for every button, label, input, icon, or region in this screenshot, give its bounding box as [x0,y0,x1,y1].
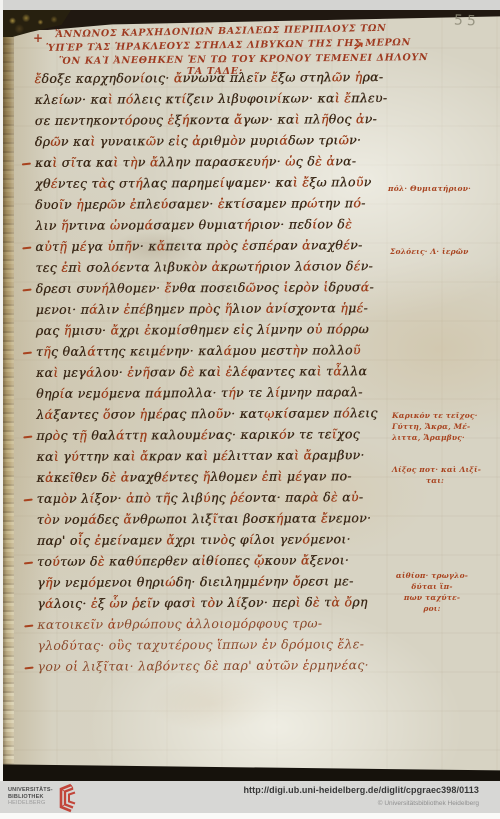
manuscript-line: γῆν νεμόμενοι θηριώδη· διειλημμένην ὄρεσ… [37,573,395,596]
manuscript-line-text: χθέντες τὰς στήλας παρημείψαμεν· καὶ ἔξω… [35,174,372,191]
manuscript-line: ρας ἥμισυ· ἄχρι ἐκομίσθημεν εἰς λίμνην ο… [36,321,394,344]
manuscript-line: ταμὸν λίξον· ἀπὸ τῆς λιβύης ῥέοντα· παρὰ… [37,489,395,512]
manuscript-line: κατοικεῖν ἀνθρώπους ἀλλοιομόρφους τρω- [37,615,395,638]
manuscript-line: λάξαντες ὅσον ἡμέρας πλοῦν· κατῳκίσαμεν … [36,405,394,428]
manuscript-line-text: καὶ γύττην καὶ ἄκραν καὶ μέλιτταν καὶ ἄρ… [36,447,364,464]
manuscript-line-text: τούτων δὲ καθύπερθεν αἰθίοπες ᾤκουν ἄξεν… [37,552,349,569]
manuscript-line-text: γλοδύτας· οὓς ταχυτέρους ἵππων ἐν δρόμοι… [37,636,364,653]
manuscript-line: πρὸς τῇ θαλάττῃ καλουμένας· καρικόν τε τ… [36,426,394,449]
margin-note-4: Λίξος ποτ· καὶ Λιξῖ- ται: [392,464,478,486]
manuscript-line: δρεσι συνήλθομεν· ἔνθα ποσειδῶνος ἱερὸν … [36,279,394,302]
manuscript-line-text: τῆς θαλάττης κειμένην· καλάμου μεστὴν πο… [36,342,361,359]
manuscript-line-text: λιν ἥντινα ὠνομάσαμεν θυμιατήριον· πεδίο… [35,216,352,233]
manuscript-line-text: δρεσι συνήλθομεν· ἔνθα ποσειδῶνος ἱερὸν … [36,279,374,296]
manuscript-line-text: ἔδοξε καρχηδονίοις· ἄννωνα πλεῖν ἔξω στη… [34,69,383,86]
manuscript-line-text: καὶ μεγάλου· ἐνῆσαν δὲ καὶ ἐλέφαντες καὶ… [36,363,367,380]
annotation-arrow-icon: ↗ [352,37,365,54]
rubric-cross-icon: + [33,31,43,45]
manuscript-line: τῆς θαλάττης κειμένην· καλάμου μεστὴν πο… [36,342,394,365]
manuscript-line-text: λάξαντες ὅσον ἡμέρας πλοῦν· κατῳκίσαμεν … [36,405,377,422]
manuscript-viewer-page: 55 + ἌΝΝΩΝΟΣ ΚΑΡΧΗΔΟΝΙΩΝ ΒΑΣΙΛΕΩΣ ΠΕΡΙΠΛ… [0,0,500,819]
manuscript-line: τὸν νομάδες ἄνθρωποι λιξῖται βοσκήματα ἔ… [37,510,395,533]
manuscript-line: γάλοις· ἐξ ὧν ῥεῖν φασὶ τὸν λίξον· περὶ … [37,594,395,617]
manuscript-line: λιν ἥντινα ὠνομάσαμεν θυμιατήριον· πεδίο… [35,216,393,239]
manuscript-line-text: αὐτῇ μέγα ὑπῆν· κἄπειτα πρὸς ἑσπέραν ἀνα… [35,237,362,254]
folio-number: 55 [454,12,481,29]
manuscript-line-text: σε πεντηκοντόρους ἑξήκοντα ἄγων· καὶ πλῆ… [35,111,377,128]
manuscript-line: δυοῖν ἡμερῶν ἐπλεύσαμεν· ἐκτίσαμεν πρώτη… [35,195,393,218]
manuscript-line-text: γῆν νεμόμενοι θηριώδη· διειλημμένην ὄρεσ… [37,573,354,590]
manuscript-line-text: τὸν νομάδες ἄνθρωποι λιξῖται βοσκήματα ἔ… [37,510,372,527]
viewer-footer: UNIVERSITÄTS- BIBLIOTHEK HEIDELBERG http… [0,781,500,813]
manuscript-text-block: ἔδοξε καρχηδονίοις· ἄννωνα πλεῖν ἔξω στη… [34,69,395,680]
library-name-line-1: UNIVERSITÄTS- [8,787,53,794]
manuscript-line: μενοι· πάλιν ἐπέβημεν πρὸς ἥλιον ἀνίσχον… [36,300,394,323]
manuscript-line: αὐτῇ μέγα ὑπῆν· κἄπειτα πρὸς ἑσπέραν ἀνα… [35,237,393,260]
manuscript-line-text: ταμὸν λίξον· ἀπὸ τῆς λιβύης ῥέοντα· παρὰ… [37,489,364,506]
manuscript-line: τούτων δὲ καθύπερθεν αἰθίοπες ᾤκουν ἄξεν… [37,552,395,575]
margin-note-1: πόλ· Θυμιατήριον· [388,183,483,194]
manuscript-line-text: ρας ἥμισυ· ἄχρι ἐκομίσθημεν εἰς λίμνην ο… [36,321,369,338]
manuscript-line: καὶ σῖτα καὶ τὴν ἄλλην παρασκευήν· ὡς δὲ… [35,153,393,176]
margin-note-5: αἰθίοπ· τρωγλο- δύται ἵπ- πων ταχύτε- ρο… [389,570,475,614]
library-name-line-3: HEIDELBERG [8,800,53,807]
margin-note-2: Σολόεις· Λ· ἱερῶν [390,246,485,257]
manuscript-line-text: μενοι· πάλιν ἐπέβημεν πρὸς ἥλιον ἀνίσχον… [36,300,368,317]
copyright-notice: © Universitätsbibliothek Heidelberg [378,800,479,807]
manuscript-line-text: κλείων· καὶ πόλεις κτίζειν λιβυφοινίκων·… [35,90,388,107]
manuscript-line: κλείων· καὶ πόλεις κτίζειν λιβυφοινίκων·… [35,90,393,113]
book-binding-edge [3,16,14,781]
manuscript-line-text: θηρία νεμόμενα πάμπολλα· τήν τε λίμνην π… [36,384,363,401]
manuscript-line: κἀκεῖθεν δὲ ἀναχθέντες ἤλθομεν ἐπὶ μέγαν… [36,468,394,491]
manuscript-line-text: τες ἐπὶ σολόεντα λιβυκὸν ἀκρωτήριον λάσι… [35,258,373,275]
manuscript-line-text: γον οἱ λιξῖται· λαβόντες δὲ παρ' αὐτῶν ἑ… [37,657,368,674]
manuscript-line-text: δυοῖν ἡμερῶν ἐπλεύσαμεν· ἐκτίσαμεν πρώτη… [35,195,366,212]
source-url: http://digi.ub.uni-heidelberg.de/diglit/… [243,785,479,795]
manuscript-line-text: γάλοις· ἐξ ὧν ῥεῖν φασὶ τὸν λίξον· περὶ … [37,594,367,611]
manuscript-line: γλοδύτας· οὓς ταχυτέρους ἵππων ἐν δρόμοι… [37,636,395,659]
manuscript-line-text: παρ' οἷς ἐμείναμεν ἄχρι τινὸς φίλοι γενό… [37,531,351,548]
manuscript-line: γον οἱ λιξῖται· λαβόντες δὲ παρ' αὐτῶν ἑ… [37,657,395,680]
manuscript-line-text: πρὸς τῇ θαλάττῃ καλουμένας· καρικόν τε τ… [36,426,360,443]
manuscript-line: καὶ μεγάλου· ἐνῆσαν δὲ καὶ ἐλέφαντες καὶ… [36,363,394,386]
manuscript-line-text: δρῶν καὶ γυναικῶν εἰς ἀριθμὸν μυριάδων τ… [35,132,361,149]
library-logo: UNIVERSITÄTS- BIBLIOTHEK HEIDELBERG [8,787,53,807]
margin-note-3: Καρικόν τε τεῖχος· Γύττη, Ἄκρα, Μέ- λιττ… [392,410,487,443]
manuscript-line-text: κἀκεῖθεν δὲ ἀναχθέντες ἤλθομεν ἐπὶ μέγαν… [36,468,351,485]
manuscript-line: καὶ γύττην καὶ ἄκραν καὶ μέλιτταν καὶ ἄρ… [36,447,394,470]
manuscript-line: σε πεντηκοντόρους ἑξήκοντα ἄγων· καὶ πλῆ… [35,111,393,134]
scan-bottom-margin [0,813,500,819]
manuscript-line-text: κατοικεῖν ἀνθρώπους ἀλλοιομόρφους τρω- [37,615,322,631]
manuscript-line-text: καὶ σῖτα καὶ τὴν ἄλλην παρασκευήν· ὡς δὲ… [35,153,356,170]
manuscript-line: θηρία νεμόμενα πάμπολλα· τήν τε λίμνην π… [36,384,394,407]
manuscript-line: χθέντες τὰς στήλας παρημείψαμεν· καὶ ἔξω… [35,174,393,197]
manuscript-line: τες ἐπὶ σολόεντα λιβυκὸν ἀκρωτήριον λάσι… [35,258,393,281]
manuscript-line: ἔδοξε καρχηδονίοις· ἄννωνα πλεῖν ἔξω στη… [34,69,392,92]
manuscript-line: παρ' οἷς ἐμείναμεν ἄχρι τινὸς φίλοι γενό… [37,531,395,554]
library-logo-icon [54,783,80,813]
manuscript-line: δρῶν καὶ γυναικῶν εἰς ἀριθμὸν μυριάδων τ… [35,132,393,155]
